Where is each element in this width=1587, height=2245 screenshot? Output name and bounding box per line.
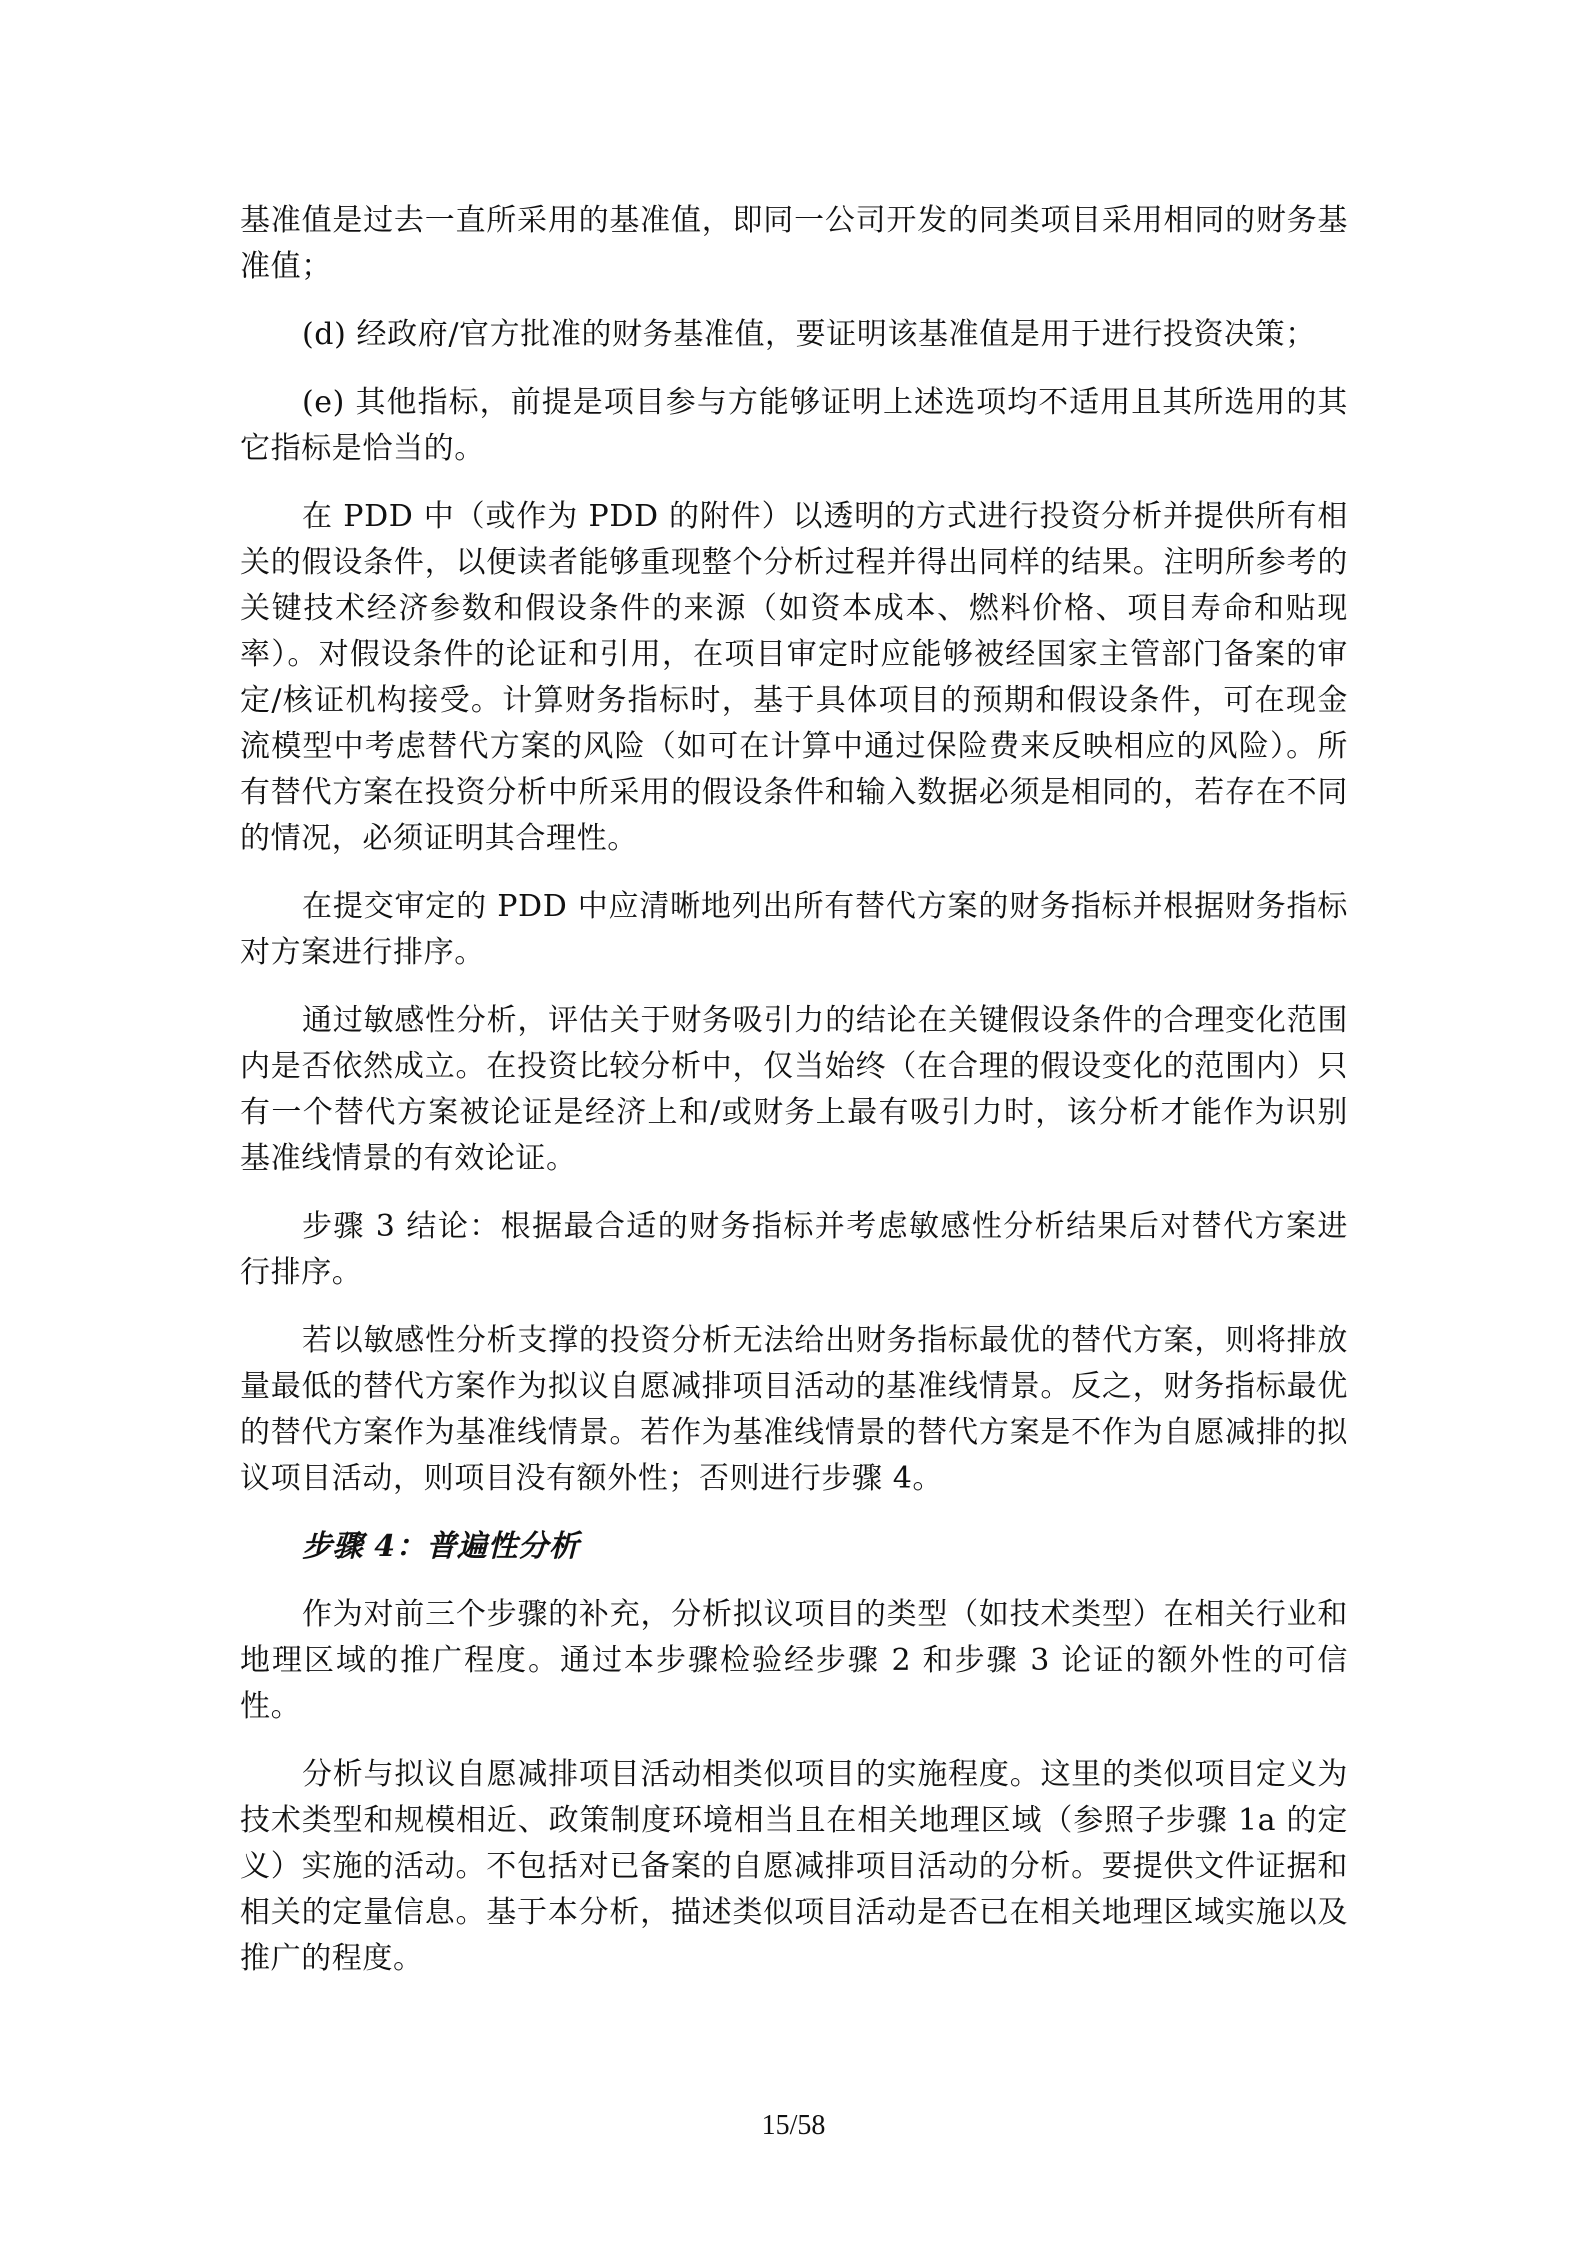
- paragraph-baseline-continuation: 基准值是过去一直所采用的基准值，即同一公司开发的同类项目采用相同的财务基准值；: [240, 198, 1348, 290]
- paragraph-option-e: (e) 其他指标，前提是项目参与方能够证明上述选项均不适用且其所选用的其它指标是…: [240, 380, 1348, 472]
- paragraph-sensitivity-analysis: 通过敏感性分析，评估关于财务吸引力的结论在关键假设条件的合理变化范围内是否依然成…: [240, 998, 1348, 1182]
- page-number: 15/58: [0, 2108, 1587, 2144]
- paragraph-investment-analysis-transparency: 在 PDD 中（或作为 PDD 的附件）以透明的方式进行投资分析并提供所有相关的…: [240, 494, 1348, 862]
- paragraph-similar-projects-analysis: 分析与拟议自愿减排项目活动相类似项目的实施程度。这里的类似项目定义为技术类型和规…: [240, 1752, 1348, 1982]
- paragraph-step3-conclusion: 步骤 3 结论：根据最合适的财务指标并考虑敏感性分析结果后对替代方案进行排序。: [240, 1204, 1348, 1296]
- document-page: 基准值是过去一直所采用的基准值，即同一公司开发的同类项目采用相同的财务基准值； …: [240, 198, 1348, 2004]
- paragraph-financial-indicators-ranking: 在提交审定的 PDD 中应清晰地列出所有替代方案的财务指标并根据财务指标对方案进…: [240, 884, 1348, 976]
- paragraph-option-d: (d) 经政府/官方批准的财务基准值，要证明该基准值是用于进行投资决策；: [240, 312, 1348, 358]
- paragraph-step4-intro: 作为对前三个步骤的补充，分析拟议项目的类型（如技术类型）在相关行业和地理区域的推…: [240, 1592, 1348, 1730]
- paragraph-baseline-determination: 若以敏感性分析支撑的投资分析无法给出财务指标最优的替代方案，则将排放量最低的替代…: [240, 1318, 1348, 1502]
- section-heading-step4: 步骤 4：普遍性分析: [240, 1524, 1348, 1570]
